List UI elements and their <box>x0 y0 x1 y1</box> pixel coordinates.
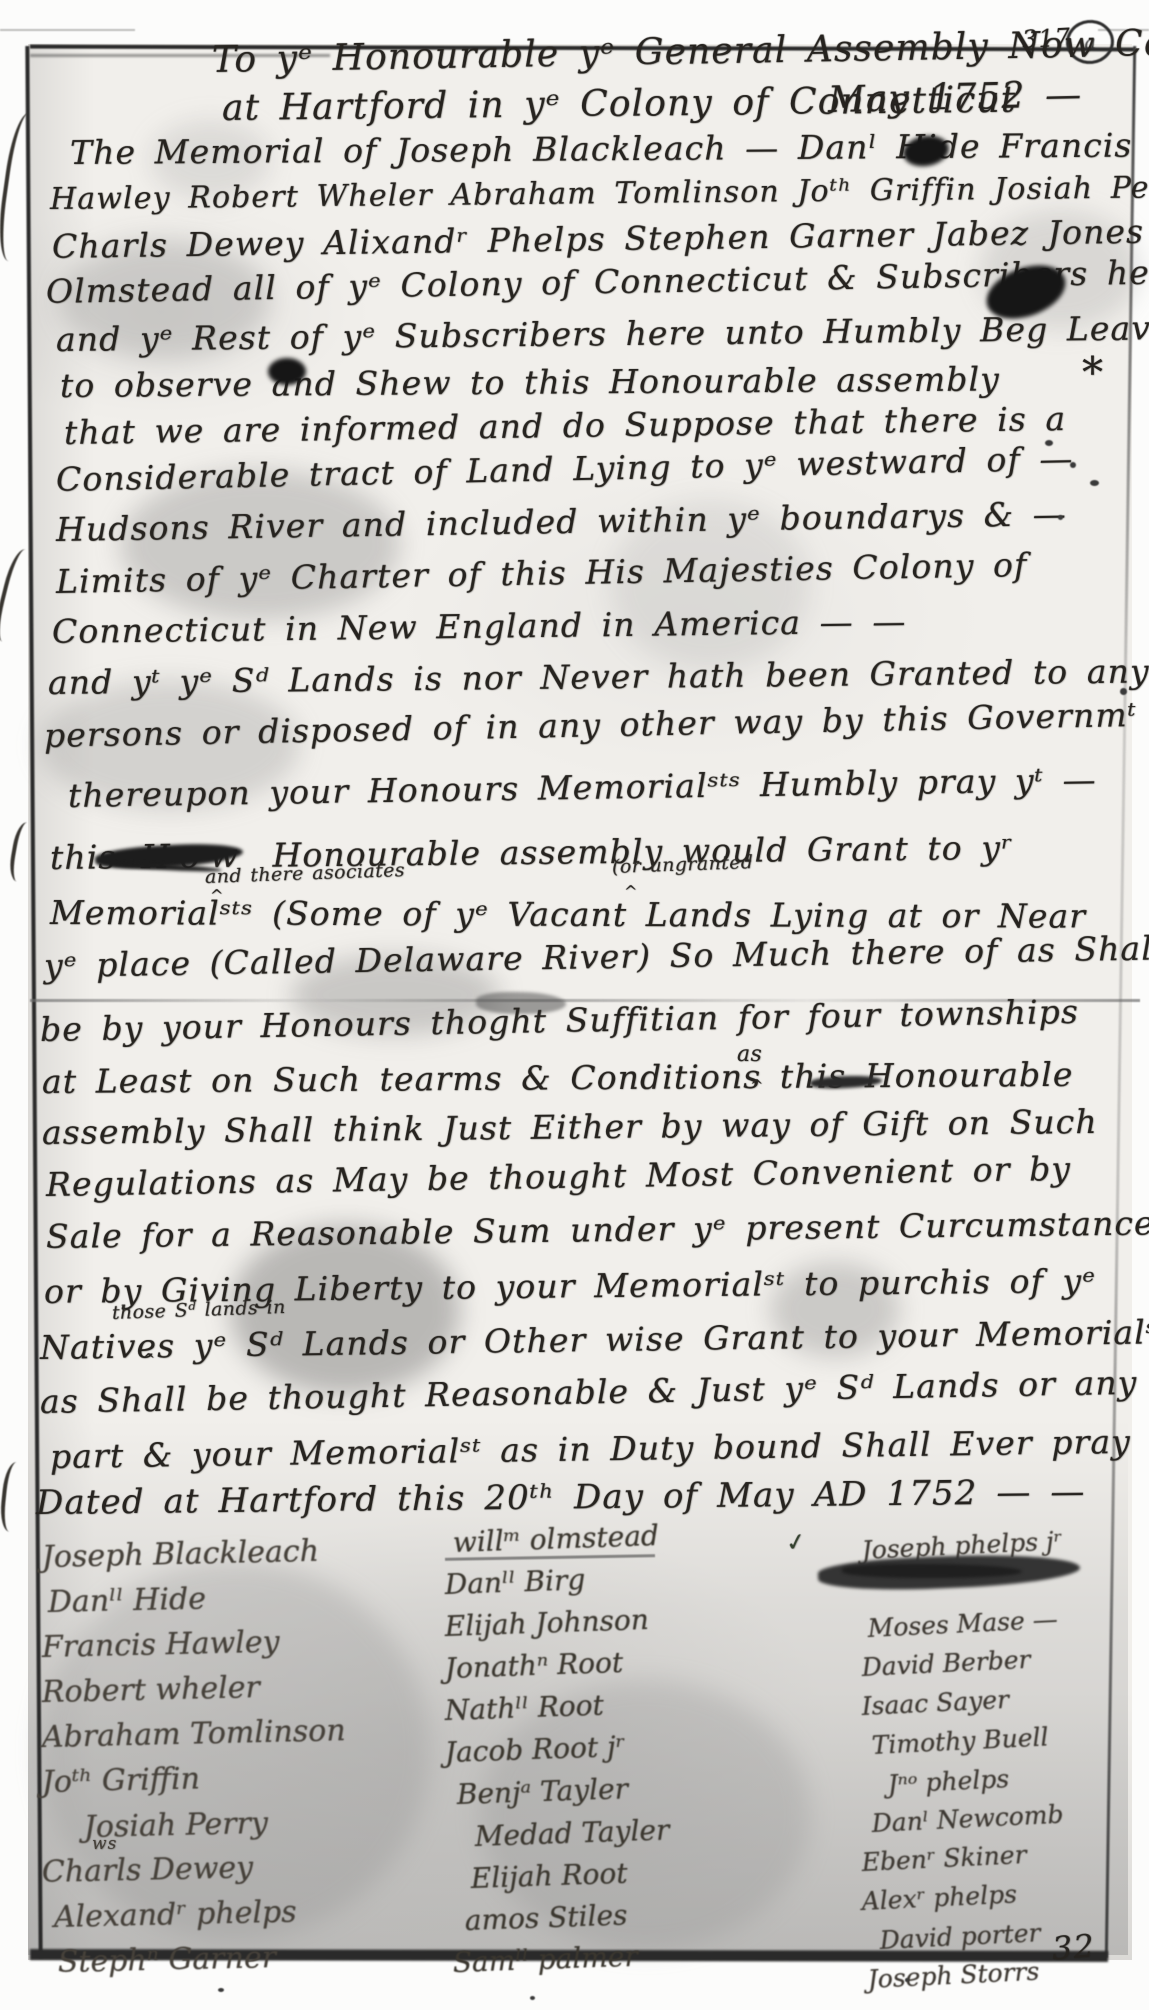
signature-smear <box>842 1564 1022 1578</box>
ink-speck <box>1070 462 1076 468</box>
manuscript-scan: 317 a To yᵉ Honourable yᵉ General Assemb… <box>0 0 1149 2010</box>
caret-mark: ^ <box>624 882 639 901</box>
body-line: Memorialˢᵗˢ (Some of yᵉ Vacant Lands Lyi… <box>50 893 1086 936</box>
signature: Stephⁿ Garner <box>57 1936 442 1990</box>
body-line: to observe and Shew to this Honourable a… <box>60 359 1000 405</box>
interlinear-insertion: as <box>737 1042 762 1067</box>
scan-margin-line <box>0 29 135 31</box>
body-line: The Memorial of Joseph Blackleach — Danˡ… <box>70 126 1133 172</box>
margin-flourish <box>0 1461 28 1533</box>
ink-speck <box>218 1988 224 1992</box>
caret-mark: ^ <box>210 886 225 905</box>
heading-date: May 1752 — <box>828 75 1083 121</box>
ink-speck <box>1090 480 1099 486</box>
body-line: at Least on Such tearms & Conditions thi… <box>42 1055 1074 1101</box>
ink-speck <box>530 1996 535 2000</box>
signature-column-1: Joseph Blackleach Danˡˡ Hide Francis Haw… <box>42 1540 442 1990</box>
ink-speck <box>1120 688 1127 695</box>
check-mark: ✓ <box>784 1527 810 1558</box>
ink-blot <box>268 358 306 385</box>
signature-column-2: willᵐ olmstead Danˡˡ Birg Elijah Johnson… <box>445 1526 775 1988</box>
caret-mark: ^ <box>750 1076 765 1095</box>
signature: Joᵗʰ Griffin <box>41 1756 442 1810</box>
page-number: 32 <box>1051 1927 1096 1968</box>
ink-speck <box>1058 515 1063 520</box>
asterisk-mark: * <box>1082 348 1104 397</box>
ink-speck <box>905 1978 909 1982</box>
caret-mark: ^ <box>142 1350 157 1369</box>
ink-speck <box>1045 440 1053 446</box>
signature-column-3: Joseph phelps jʳ Moses Mase — David Berb… <box>862 1536 1142 2004</box>
